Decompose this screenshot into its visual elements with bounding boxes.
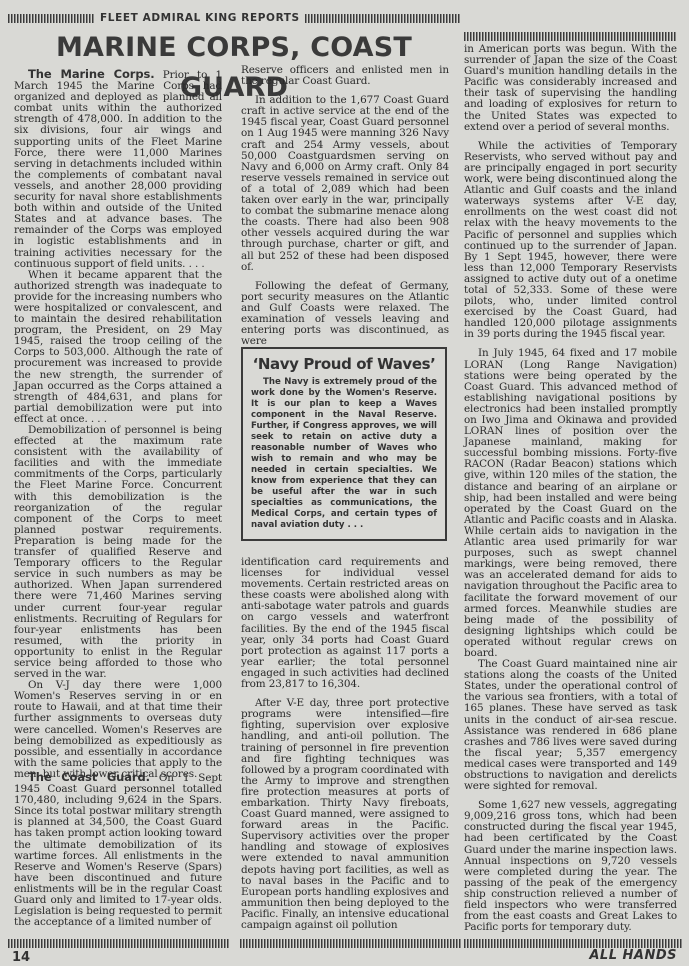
- footer-rule-middle: [240, 939, 462, 948]
- footer-rule-right: [464, 939, 682, 948]
- section-header: FLEET ADMIRAL KING REPORTS: [8, 12, 460, 24]
- column-3: in American ports was begun. With the su…: [464, 32, 677, 933]
- paragraph: The Marine Corps. Prior to 1 March 1945 …: [14, 69, 222, 270]
- page-number: 14: [12, 950, 30, 965]
- footer-rule-left: [8, 939, 230, 948]
- paragraph: After V-E day, three port protective pro…: [241, 698, 449, 931]
- paragraph: The Coast Guard maintained nine air stat…: [464, 659, 677, 792]
- section-heading-marine-corps: The Marine Corps.: [28, 67, 155, 81]
- paragraph: The Coast Guard. On 1 Sept 1945 Coast Gu…: [14, 772, 222, 928]
- paragraph: identification card requirements and lic…: [241, 557, 449, 690]
- header-rule-col3: [464, 32, 677, 41]
- paragraph: Some 1,627 new vessels, aggregating 9,00…: [464, 800, 677, 933]
- column-1-coast-guard: The Coast Guard. On 1 Sept 1945 Coast Gu…: [14, 772, 222, 928]
- callout-body: The Navy is extremely proud of the work …: [251, 377, 437, 531]
- magazine-name: ALL HANDS: [589, 948, 677, 963]
- header-rule-right: [305, 14, 460, 23]
- section-kicker: FLEET ADMIRAL KING REPORTS: [95, 12, 305, 24]
- column-2-top: Reserve officers and enlisted men in the…: [241, 65, 449, 347]
- callout-title: ‘Navy Proud of Waves’: [251, 355, 437, 373]
- paragraph: Reserve officers and enlisted men in the…: [241, 65, 449, 87]
- paragraph: When it became apparent that the authori…: [14, 270, 222, 425]
- paragraph: On V-J day there were 1,000 Women's Rese…: [14, 680, 222, 780]
- magazine-page: FLEET ADMIRAL KING REPORTS MARINE CORPS,…: [0, 0, 689, 966]
- paragraph: Following the defeat of Germany, port se…: [241, 281, 449, 348]
- section-heading-coast-guard: The Coast Guard.: [28, 770, 150, 784]
- paragraph: While the activities of Temporary Reserv…: [464, 141, 677, 341]
- paragraph: In addition to the 1,677 Coast Guard cra…: [241, 95, 449, 273]
- paragraph: In July 1945, 64 fixed and 17 mobile LOR…: [464, 348, 677, 659]
- paragraph: Demobilization of personnel is being eff…: [14, 425, 222, 680]
- paragraph: in American ports was begun. With the su…: [464, 44, 677, 133]
- header-rule-left: [8, 14, 95, 23]
- column-1: The Marine Corps. Prior to 1 March 1945 …: [14, 69, 222, 780]
- callout-box: ‘Navy Proud of Waves’ The Navy is extrem…: [241, 347, 447, 541]
- column-2-bottom: identification card requirements and lic…: [241, 557, 449, 931]
